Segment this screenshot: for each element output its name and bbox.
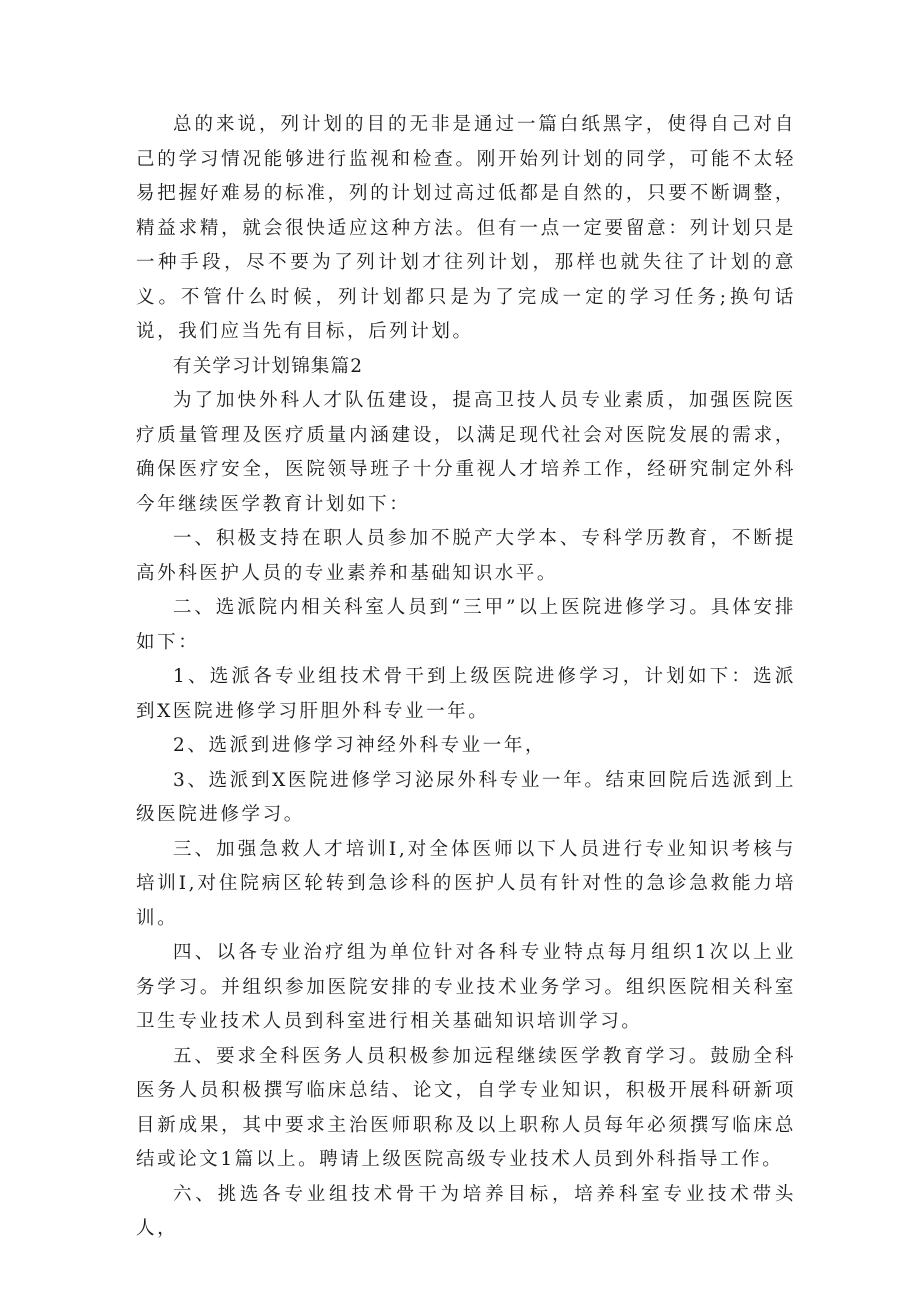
paragraph-item-4: 四、以各专业治疗组为单位针对各科专业特点每月组织1次以上业务学习。并组织参加医院…	[136, 936, 796, 1040]
paragraph-item-2: 二、选派院内相关科室人员到“三甲”以上医院进修学习。具体安排如下：	[136, 591, 796, 660]
paragraph-item-6: 六、挑选各专业组技术骨干为培养目标，培养科室专业技术带头人，	[136, 1178, 796, 1247]
paragraph-item-5: 五、要求全科医务人员积极参加远程继续医学教育学习。鼓励全科医务人员积极撰写临床总…	[136, 1040, 796, 1178]
paragraph-subitem-2: 2、选派到进修学习神经外科专业一年，	[136, 729, 796, 764]
paragraph-subitem-3: 3、选派到X医院进修学习泌尿外科专业一年。结束回院后选派到上级医院进修学习。	[136, 764, 796, 833]
document-page: 总的来说，列计划的目的无非是通过一篇白纸黑字，使得自己对自己的学习情况能够进行监…	[136, 108, 796, 1247]
paragraph-subitem-1: 1、选派各专业组技术骨干到上级医院进修学习，计划如下：选派到X医院进修学习肝胆外…	[136, 660, 796, 729]
paragraph-item-1: 一、积极支持在职人员参加不脱产大学本、专科学历教育，不断提高外科医护人员的专业素…	[136, 522, 796, 591]
paragraph-intro: 为了加快外科人才队伍建设，提高卫技人员专业素质，加强医院医疗质量管理及医疗质量内…	[136, 384, 796, 522]
paragraph-summary: 总的来说，列计划的目的无非是通过一篇白纸黑字，使得自己对自己的学习情况能够进行监…	[136, 108, 796, 350]
section-heading: 有关学习计划锦集篇2	[136, 350, 796, 385]
paragraph-item-3: 三、加强急救人才培训I,对全体医师以下人员进行专业知识考核与培训I,对住院病区轮…	[136, 833, 796, 937]
